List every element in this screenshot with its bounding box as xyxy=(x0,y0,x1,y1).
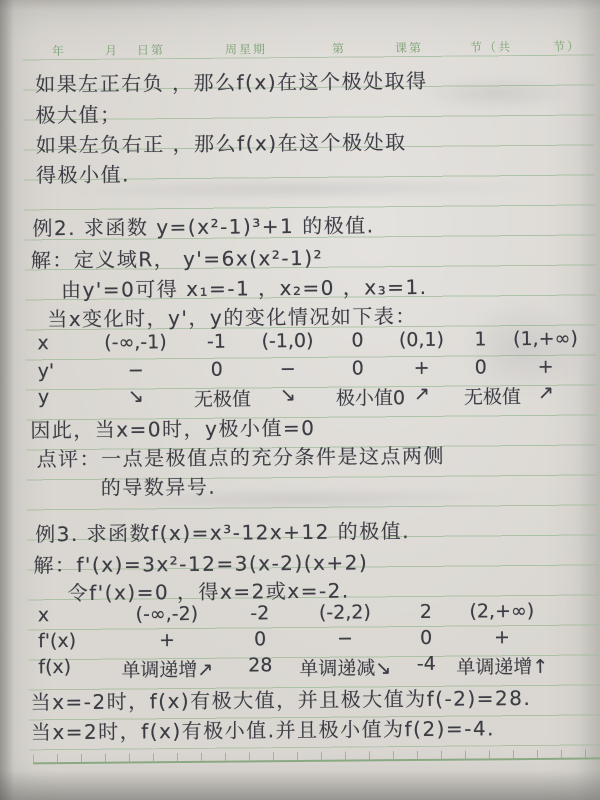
table-cell: 单调递减↘ xyxy=(288,653,402,681)
example2-table-intro: 当x变化时，y'，y的变化情况如下表： xyxy=(47,300,417,332)
table-cell: 单调递增↗ xyxy=(102,655,232,683)
example3-solution-1: 解：f'(x)=3x²-12=3(x-2)(x+2) xyxy=(33,546,368,578)
example2-solution-2: 由y'=0可得 x₁=-1 ，x₂=0 ，x₃=1. xyxy=(61,271,428,303)
table-cell: -4 xyxy=(402,653,450,680)
example2-table-row-y: y ↘ 无极值 ↘ 极小值0 ↗ 无极值 ↗ xyxy=(38,381,594,413)
example2-conclusion: 因此，当x=0时，y极小值=0 xyxy=(30,412,315,443)
intro-line-3: 如果左负右正 ，那么f(x)在这个极处取 xyxy=(36,126,407,158)
notebook-page: 年 月 日第 周星期 第 课第 节（共 节） 如果左正右负 ，那么f(x)在这个… xyxy=(0,0,600,800)
table-cell: x xyxy=(38,604,102,627)
table-cell: f'(x) xyxy=(38,630,102,653)
example3-conclusion-1: 当x=-2时，f(x)有极大值，并且极大值为f(-2)=28. xyxy=(30,682,531,715)
example3-table-row-f: f(x) 单调递增↗ 28 单调递减↘ -4 单调递增↑ xyxy=(38,652,554,684)
table-cell: y xyxy=(38,386,78,413)
table-cell: (-∞,-2) xyxy=(102,603,232,626)
table-cell: − xyxy=(78,359,194,382)
table-cell: 单调递增↑ xyxy=(450,652,554,680)
header-field-period: 节（共 xyxy=(470,38,512,55)
example3-table-row-fprime: f'(x) + 0 − 0 + xyxy=(38,626,554,653)
header-field-total: 节） xyxy=(553,38,581,55)
bottom-margin-rule xyxy=(33,749,600,764)
table-cell: + xyxy=(450,626,554,649)
table-cell: x xyxy=(37,332,77,354)
table-cell: -2 xyxy=(232,602,288,624)
table-cell: y' xyxy=(38,360,78,382)
example2-remark-2: 的导数异号. xyxy=(101,471,217,501)
table-cell: 0 xyxy=(232,628,288,650)
table-cell: ↘ xyxy=(78,385,194,413)
table-cell: 无极值 xyxy=(194,385,240,412)
example2-solution-1: 解：定义域R， y'=6x(x²-1)² xyxy=(31,242,324,274)
table-cell: (1,+∞) xyxy=(497,327,593,350)
intro-line-2: 极大值； xyxy=(35,99,121,129)
table-cell: 0 xyxy=(402,627,450,649)
example3-title: 例3. 求函数f(x)=x³-12x+12 的极值. xyxy=(35,515,410,547)
example2-remark-1: 点评：一点是极值点的充分条件是这点两侧 xyxy=(36,440,445,473)
table-cell: (-∞,-1) xyxy=(77,331,193,354)
table-cell: (0,1) xyxy=(379,329,463,352)
table-cell: − xyxy=(288,627,402,650)
header-field-week: 周星期 xyxy=(225,40,267,57)
header-field-year: 年 xyxy=(52,42,66,59)
page-content: 年 月 日第 周星期 第 课第 节（共 节） 如果左正右负 ，那么f(x)在这个… xyxy=(0,0,600,800)
table-cell: 28 xyxy=(232,654,288,681)
table-cell: 0 xyxy=(335,329,379,351)
example3-table-row-x: x (-∞,-2) -2 (-2,2) 2 (2,+∞) xyxy=(38,600,554,627)
table-cell: 0 xyxy=(194,359,240,381)
table-cell: + xyxy=(498,355,594,378)
table-cell: 无极值 xyxy=(464,382,498,409)
table-cell: ↘ xyxy=(240,384,336,412)
table-cell: 2 xyxy=(402,601,450,623)
example3-conclusion-2: 当x=2时，f(x)有极小值.并且极小值为f(2)=-4. xyxy=(31,712,495,745)
table-cell: ↗ xyxy=(380,383,464,411)
table-cell: 0 xyxy=(336,357,380,379)
table-cell: + xyxy=(102,629,232,652)
example2-title: 例2. 求函数 y=(x²-1)³+1 的极值. xyxy=(32,209,374,241)
intro-line-4: 得极小值. xyxy=(36,158,130,188)
header-field-no: 第 xyxy=(332,40,346,57)
intro-line-1: 如果左正右负 ，那么f(x)在这个极处取得 xyxy=(35,65,428,97)
table-cell: 极小值0 xyxy=(336,383,380,410)
table-cell: f(x) xyxy=(38,656,102,684)
table-cell: − xyxy=(240,358,336,381)
header-field-lesson: 课第 xyxy=(395,39,423,56)
table-cell: (2,+∞) xyxy=(450,600,554,623)
table-cell: 1 xyxy=(463,328,497,350)
header-field-month: 月 xyxy=(105,42,119,59)
table-cell: (-1,0) xyxy=(239,330,335,353)
header-field-day: 日第 xyxy=(137,41,165,58)
table-cell: ↗ xyxy=(498,381,594,409)
table-cell: + xyxy=(380,357,464,380)
table-cell: -1 xyxy=(193,331,239,353)
table-cell: (-2,2) xyxy=(288,601,402,624)
table-cell: 0 xyxy=(464,356,498,378)
